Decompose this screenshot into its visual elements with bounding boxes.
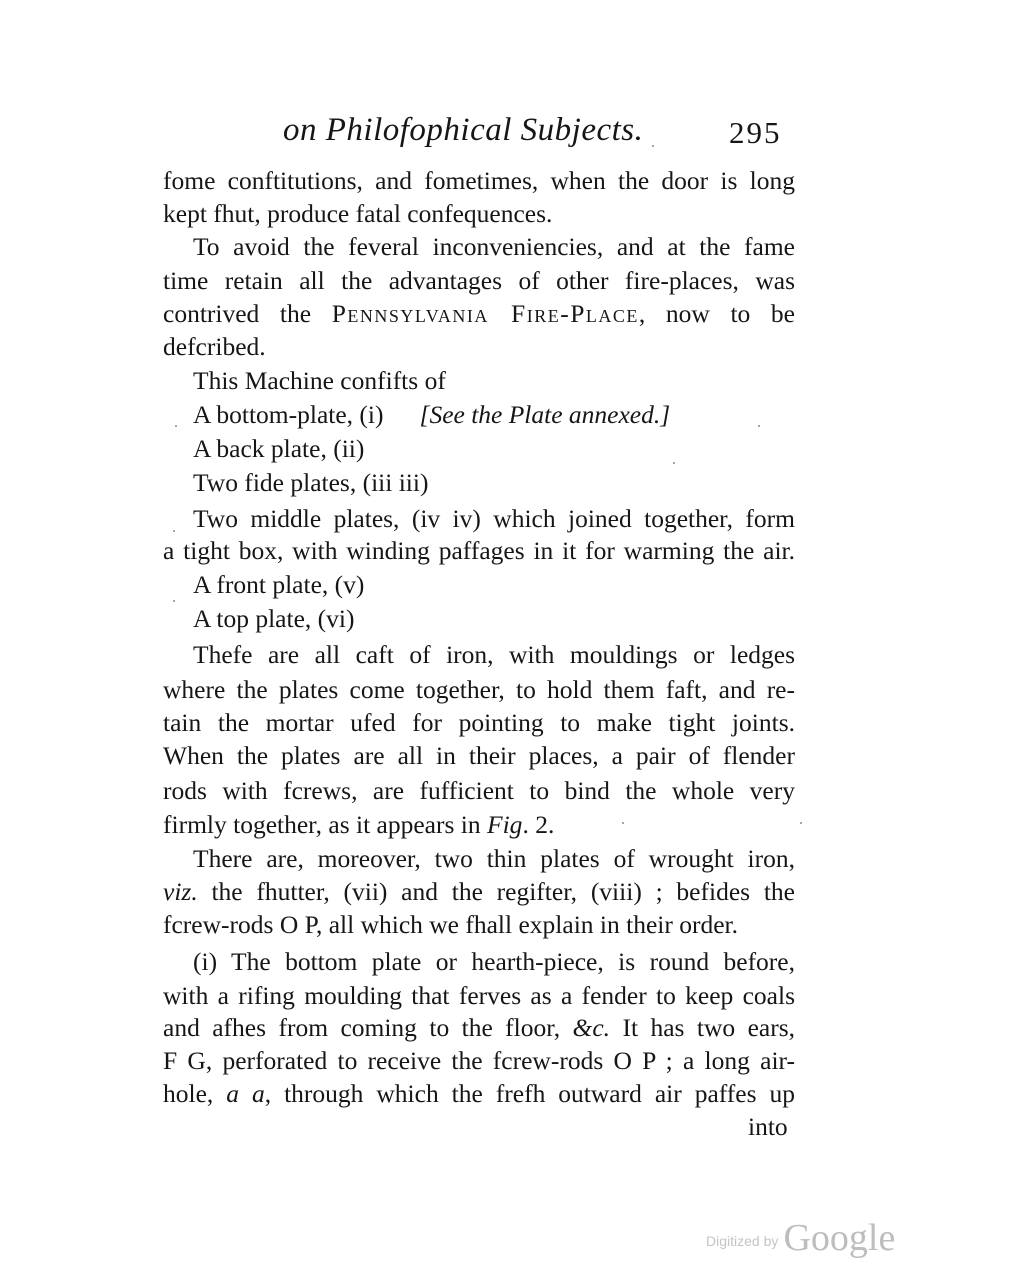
google-logo: Google <box>783 1217 895 1259</box>
text-line: viz. the fhutter, (vii) and the regifter… <box>163 877 795 907</box>
text-line: This Machine confifts of <box>193 366 446 396</box>
text-line: Thefe are all caft of iron, with mouldin… <box>193 640 795 670</box>
text-run: , now to be <box>639 299 795 328</box>
scan-speck <box>173 530 175 532</box>
page-number: 295 <box>729 115 782 151</box>
text-line: a tight box, with winding paffages in it… <box>163 536 795 566</box>
part-item: A back plate, (ii) <box>193 434 364 464</box>
text-line: There are, moreover, two thin plates of … <box>193 844 795 874</box>
digitized-by-watermark: Digitized by Google <box>706 1216 895 1260</box>
scan-speck <box>800 822 802 824</box>
text-run: firmly together, as it appears in <box>163 810 487 839</box>
scan-speck <box>652 145 654 147</box>
italic-abbreviation: &c. <box>573 1013 611 1042</box>
scan-speck <box>175 425 177 427</box>
text-run: , through which the frefh outward air pa… <box>265 1079 795 1108</box>
italic-abbreviation: viz. <box>163 877 198 906</box>
text-line: and afhes from coming to the floor, &c. … <box>163 1013 795 1043</box>
text-line: fome conftitutions, and fometimes, when … <box>163 166 795 196</box>
text-line: contrived the Pennsylvania Fire-Place, n… <box>163 299 795 329</box>
text-line: rods with fcrews, are fufficient to bind… <box>163 776 795 806</box>
part-item: Two middle plates, (iv iv) which joined … <box>193 504 795 534</box>
book-page: on Philofophical Subjects. 295 fome conf… <box>0 0 1014 1282</box>
plate-reference-note: [See the Plate annexed.] <box>420 400 671 429</box>
text-line: F G, perforated to receive the fcrew-rod… <box>163 1046 795 1076</box>
text-line: (i) The bottom plate or hearth-piece, is… <box>193 947 795 977</box>
part-item: A front plate, (v) <box>193 570 364 600</box>
text-run: . 2. <box>522 810 554 839</box>
scan-speck <box>758 425 760 427</box>
text-line: defcribed. <box>163 332 795 362</box>
scan-speck <box>673 462 675 464</box>
text-run: and afhes from coming to the floor, <box>163 1013 573 1042</box>
part-item: A top plate, (vi) <box>193 604 354 634</box>
text-line: tain the mortar ufed for pointing to mak… <box>163 708 795 738</box>
watermark-prefix: Digitized by <box>706 1233 778 1249</box>
text-line: kept fhut, produce fatal confequences. <box>163 199 795 229</box>
running-title: on Philofophical Subjects. <box>283 112 643 149</box>
italic-label: a a <box>226 1079 264 1108</box>
text-line: with a rifing moulding that ferves as a … <box>163 981 795 1011</box>
figure-reference: Fig <box>487 810 522 839</box>
part-item: Two fide plates, (iii iii) <box>193 468 428 498</box>
text-line: fcrew-rods O P, all which we fhall expla… <box>163 910 795 940</box>
part-item: A bottom-plate, (i)[See the Plate annexe… <box>193 400 670 430</box>
text-line: time retain all the advantages of other … <box>163 266 795 296</box>
text-line: firmly together, as it appears in Fig. 2… <box>163 810 795 840</box>
scan-speck <box>173 600 175 602</box>
text-run: A bottom-plate, (i) <box>193 400 384 429</box>
text-line: hole, a a, through which the frefh outwa… <box>163 1079 795 1109</box>
text-run: contrived the <box>163 299 332 328</box>
text-line: To avoid the feveral inconveniencies, an… <box>193 232 795 262</box>
text-run: It has two ears, <box>610 1013 795 1042</box>
scan-speck <box>622 822 624 824</box>
text-line: When the plates are all in their places,… <box>163 741 795 771</box>
fireplace-name: Pennsylvania Fire-Place <box>332 299 639 328</box>
text-run: hole, <box>163 1079 226 1108</box>
text-run: the fhutter, (vii) and the regifter, (vi… <box>198 877 795 906</box>
text-line: where the plates come together, to hold … <box>163 675 795 705</box>
catchword: into <box>748 1112 788 1142</box>
